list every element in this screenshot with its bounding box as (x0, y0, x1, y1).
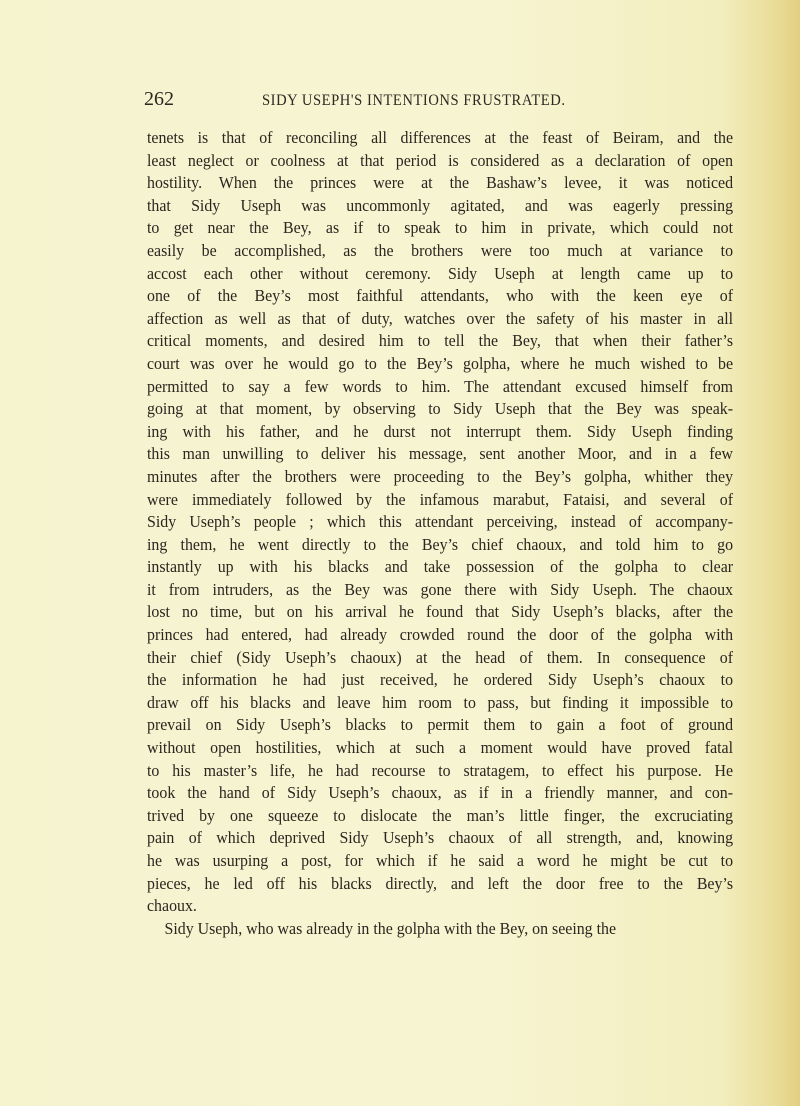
text-line: took the hand of Sidy Useph’s chaoux, as… (147, 782, 733, 805)
book-page: 262 SIDY USEPH'S INTENTIONS FRUSTRATED. … (0, 0, 800, 1106)
text-line: ing them, he went directly to the Bey’s … (147, 534, 733, 557)
running-head: 262 SIDY USEPH'S INTENTIONS FRUSTRATED. (144, 88, 736, 116)
text-line: that Sidy Useph was uncommonly agitated,… (147, 195, 733, 218)
text-line: pain of which deprived Sidy Useph’s chao… (147, 827, 733, 850)
paragraph-end-line: chaoux. (147, 895, 733, 918)
text-line: their chief (Sidy Useph’s chaoux) at the… (147, 647, 733, 670)
text-line: were immediately followed by the infamou… (147, 489, 733, 512)
text-line: accost each other without ceremony. Sidy… (147, 263, 733, 286)
text-line: draw off his blacks and leave him room t… (147, 692, 733, 715)
text-line: instantly up with his blacks and take po… (147, 556, 733, 579)
text-line: princes had entered, had already crowded… (147, 624, 733, 647)
body-text: tenets is that of reconciling all differ… (147, 127, 733, 940)
text-line: he was usurping a post, for which if he … (147, 850, 733, 873)
text-line: permitted to say a few words to him. The… (147, 376, 733, 399)
text-line: trived by one squeeze to dislocate the m… (147, 805, 733, 828)
text-line: going at that moment, by observing to Si… (147, 398, 733, 421)
text-line: without open hostilities, which at such … (147, 737, 733, 760)
text-line: lost no time, but on his arrival he foun… (147, 601, 733, 624)
text-line: one of the Bey’s most faithful attendant… (147, 285, 733, 308)
running-title: SIDY USEPH'S INTENTIONS FRUSTRATED. (262, 92, 566, 110)
text-line: critical moments, and desired him to tel… (147, 330, 733, 353)
text-line: least neglect or coolness at that period… (147, 150, 733, 173)
text-line: the information he had just received, he… (147, 669, 733, 692)
text-line: affection as well as that of duty, watch… (147, 308, 733, 331)
text-line: it from intruders, as the Bey was gone t… (147, 579, 733, 602)
text-line: prevail on Sidy Useph’s blacks to permit… (147, 714, 733, 737)
text-line: to his master’s life, he had recourse to… (147, 760, 733, 783)
text-line: pieces, he led off his blacks directly, … (147, 873, 733, 896)
paragraph-start-line: Sidy Useph, who was already in the golph… (147, 918, 733, 941)
text-line: tenets is that of reconciling all differ… (147, 127, 733, 150)
text-line: court was over he would go to the Bey’s … (147, 353, 733, 376)
text-line: hostility. When the princes were at the … (147, 172, 733, 195)
text-line: ing with his father, and he durst not in… (147, 421, 733, 444)
text-line: minutes after the brothers were proceedi… (147, 466, 733, 489)
text-line: Sidy Useph’s people ; which this attenda… (147, 511, 733, 534)
text-line: easily be accomplished, as the brothers … (147, 240, 733, 263)
text-line: this man unwilling to deliver his messag… (147, 443, 733, 466)
page-number: 262 (144, 88, 174, 111)
text-line: to get near the Bey, as if to speak to h… (147, 217, 733, 240)
